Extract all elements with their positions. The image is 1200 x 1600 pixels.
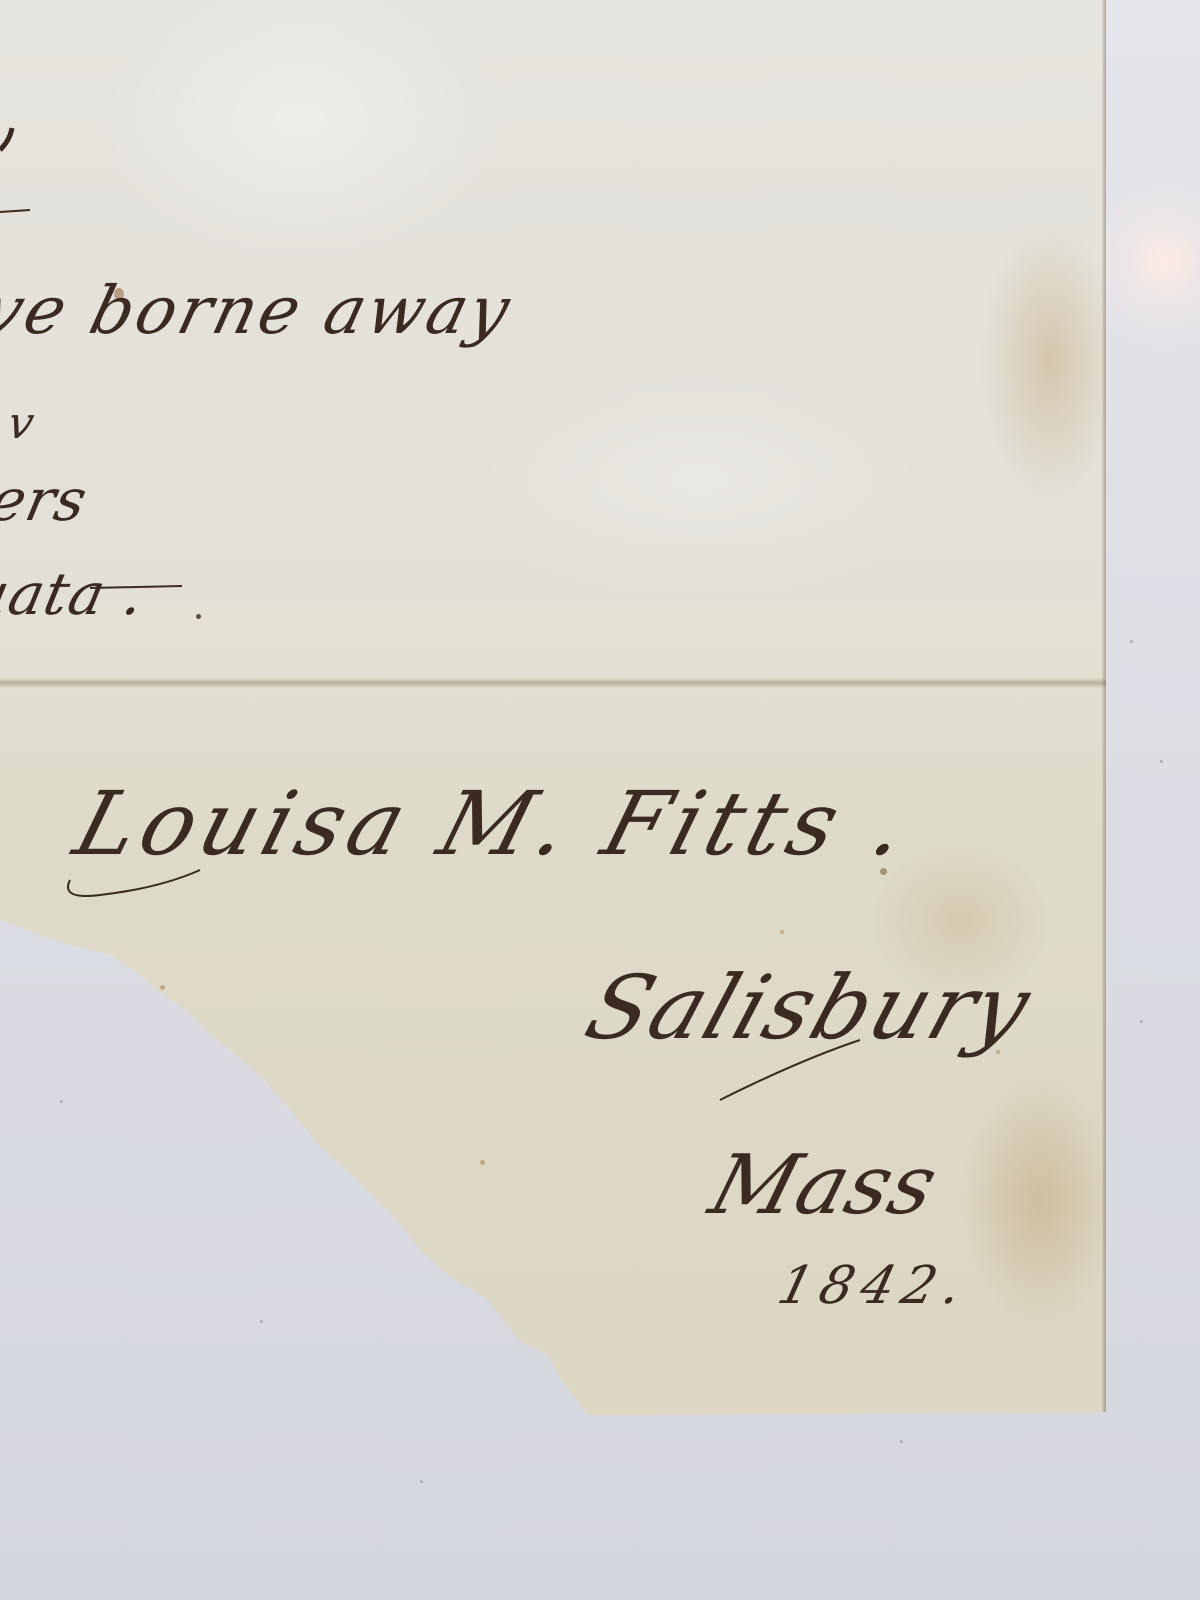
dust-speck [1140, 1020, 1143, 1023]
dust-speck [260, 1320, 263, 1323]
foxing-spot [160, 985, 165, 990]
period-mark [196, 614, 201, 619]
fragment-line-2: v [4, 398, 39, 449]
paper-right-edge [1102, 0, 1106, 1412]
dust-speck [60, 1100, 63, 1103]
fragment-line-1: ve borne away [0, 272, 520, 349]
dust-speck [900, 1440, 903, 1443]
paper-fold-crease [0, 678, 1106, 688]
ink-stroke [0, 210, 30, 212]
place-name: Salisbury [574, 956, 1044, 1059]
dust-speck [1130, 640, 1133, 643]
foxing-spot [780, 930, 784, 934]
date: 1842. [772, 1256, 976, 1316]
fragment-line-3: ters [0, 466, 94, 534]
fragment-line-4: uata . [0, 560, 151, 628]
dust-speck [420, 1480, 423, 1483]
dust-speck [1160, 760, 1163, 763]
foxing-spot [480, 1160, 485, 1165]
ink-stroke [0, 128, 12, 150]
signature: Louisa M. Fitts . [64, 772, 924, 875]
state-abbreviation: Mass [700, 1138, 948, 1233]
